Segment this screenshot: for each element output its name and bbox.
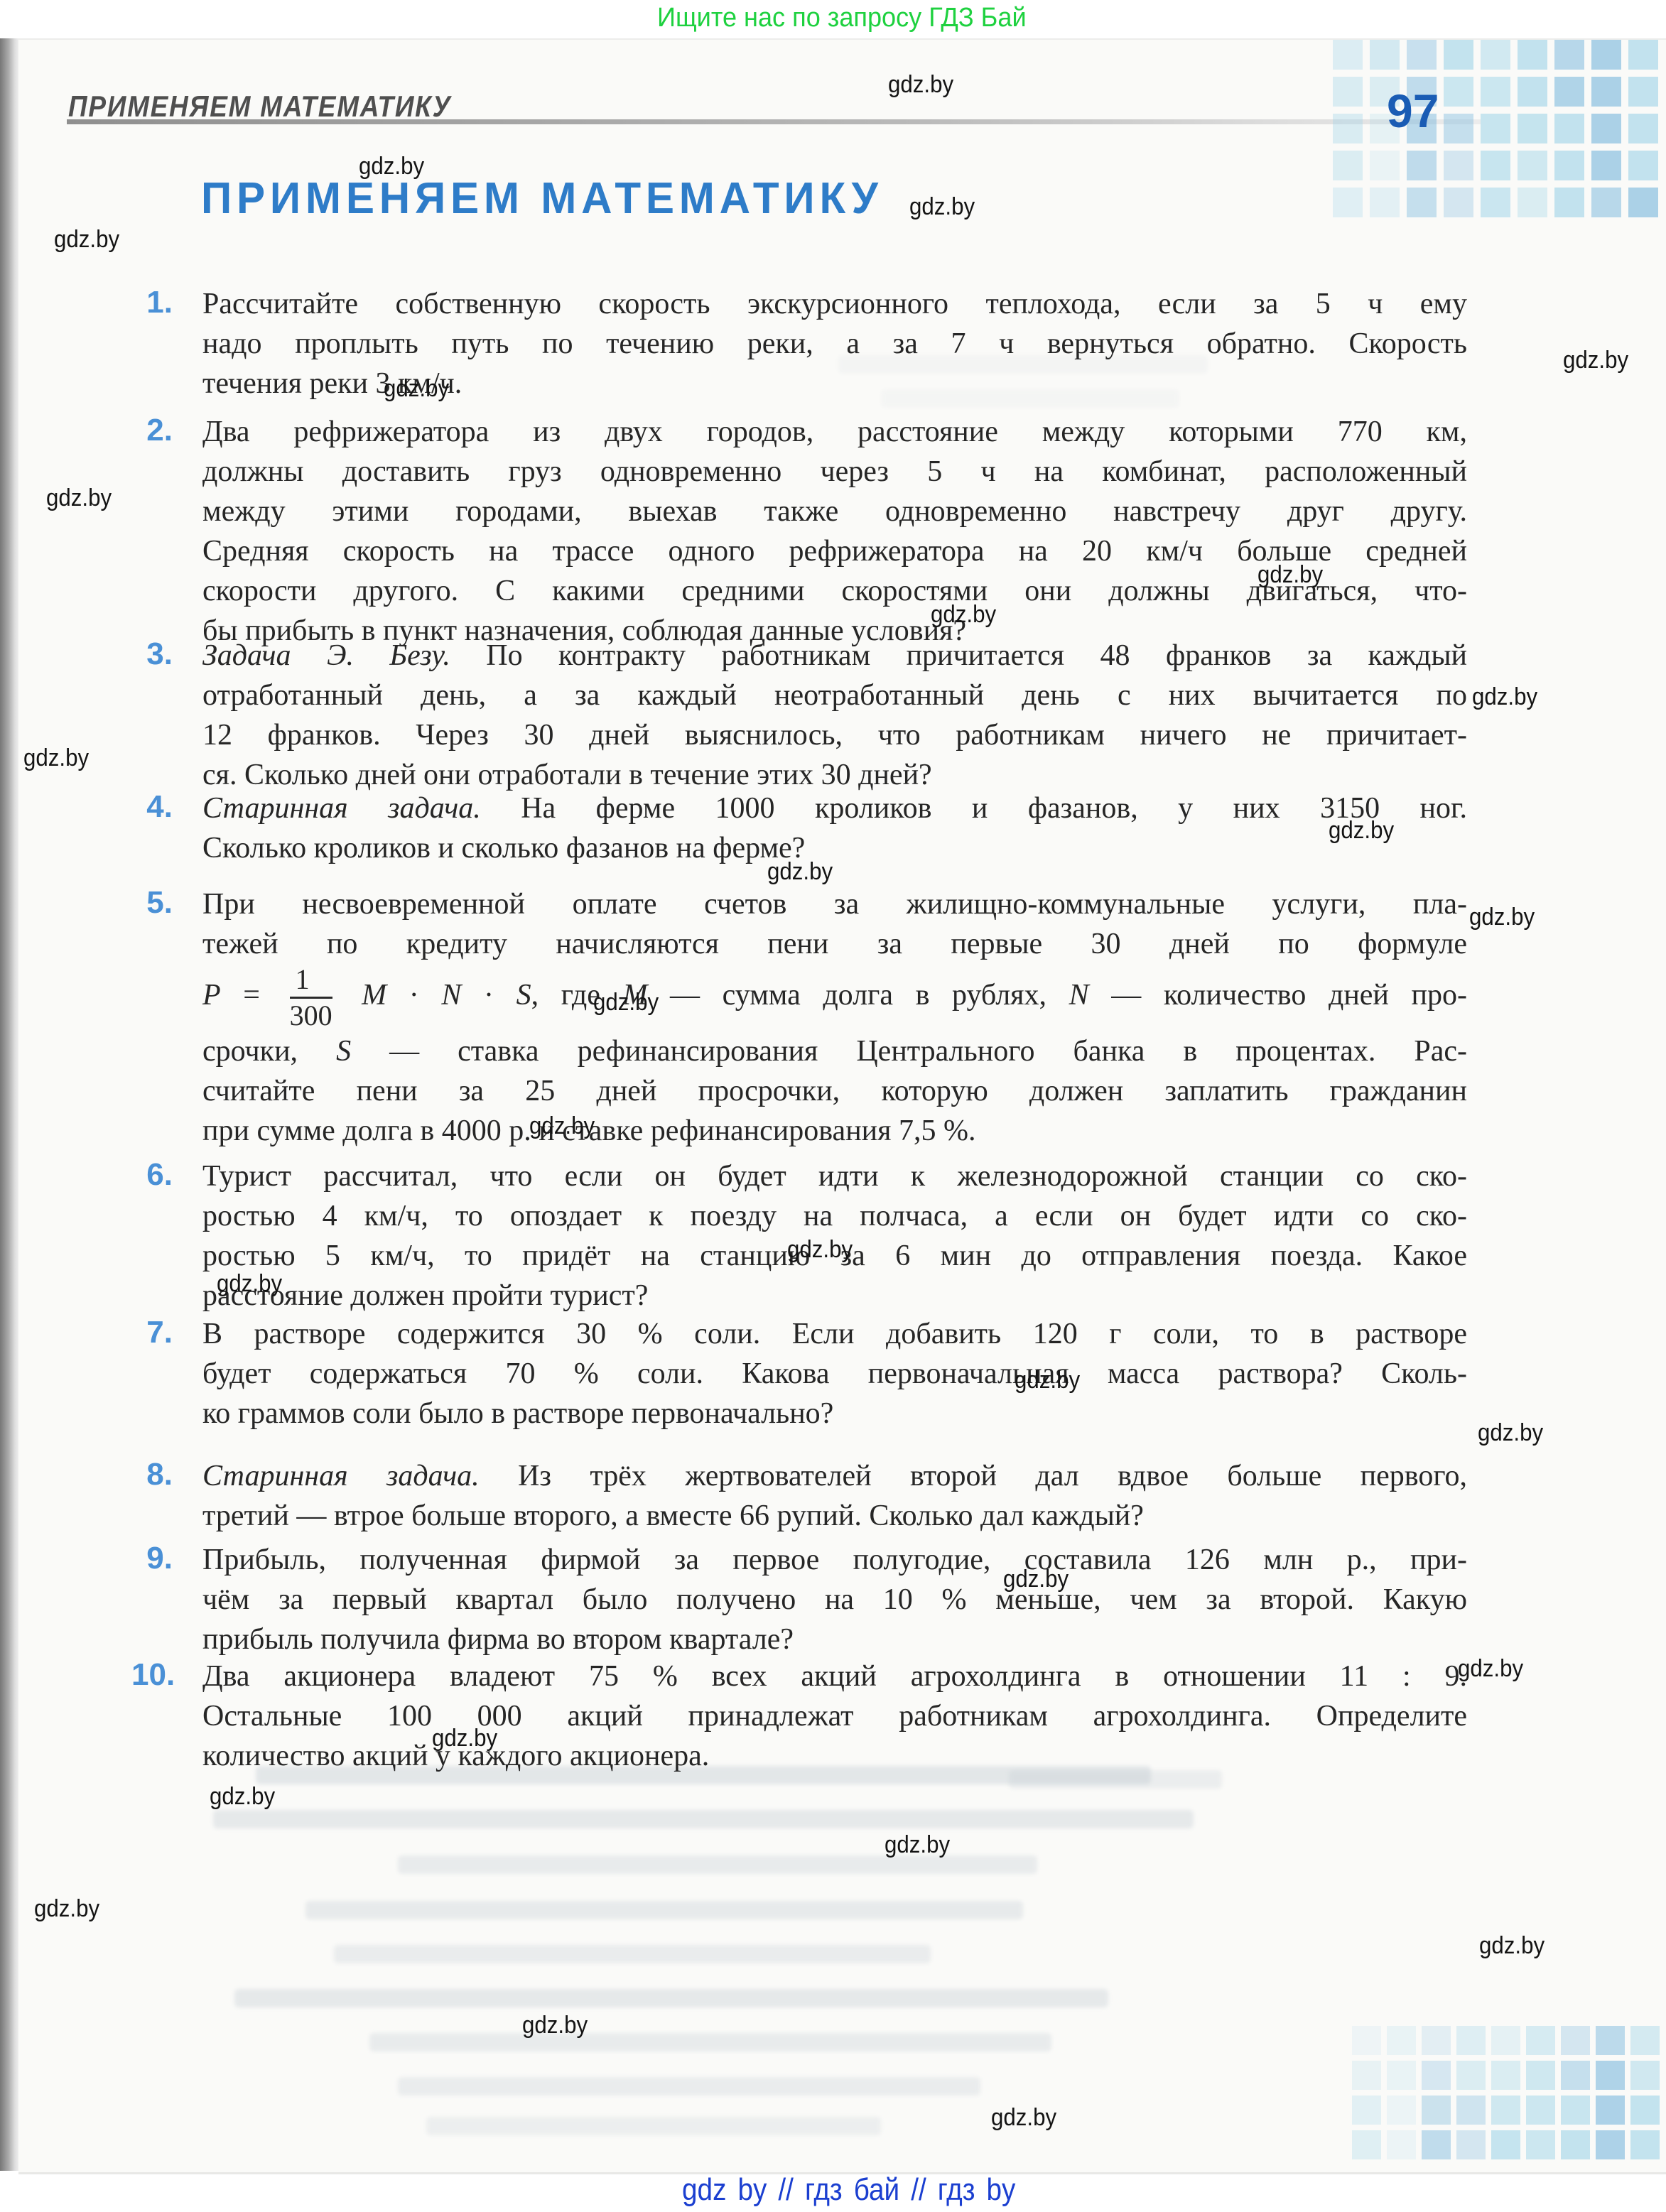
mosaic-square [1491,2061,1520,2090]
watermark-gdz: gdz.by [1478,1419,1543,1447]
mosaic-square [1387,2061,1416,2090]
mosaic-square [1444,40,1473,70]
problem-item: 7.В растворе содержится 30 % соли. Если … [202,1314,1467,1433]
mosaic-square [1591,114,1621,143]
mosaic-square [1596,2096,1625,2125]
mosaic-square [1444,114,1473,143]
mosaic-square [1387,2130,1416,2159]
watermark-gdz: gdz.by [909,193,975,221]
problem-text-line: должны доставить груз одновременно через… [202,452,1467,492]
watermark-gdz: gdz.by [217,1270,282,1298]
mosaic-square [1526,2130,1555,2159]
mosaic-square [1591,151,1621,180]
problem-text-line: прибыль получила фирма во втором квартал… [202,1620,1467,1659]
problem-text-line: надо проплыть путь по течению реки, а за… [202,324,1467,364]
mosaic-square [1526,2061,1555,2090]
problem-number: 4. [131,787,173,827]
mosaic-square [1628,151,1658,180]
mosaic-square [1481,151,1510,180]
mosaic-square [1526,2096,1555,2125]
problem-text-line: при сумме долга в 4000 р. и ставке рефин… [202,1111,1467,1151]
problem-formula-line: P = 1300 M · N · S, где M — сумма долга … [202,964,1467,1031]
watermark-gdz: gdz.by [1563,347,1628,374]
mosaic-square [1444,77,1473,107]
problem-text-line: считайте пени за 25 дней просрочки, кото… [202,1071,1467,1111]
mosaic-square [1387,2026,1416,2055]
mosaic-square [1591,40,1621,70]
mosaic-square [1407,151,1437,180]
mosaic-square [1628,114,1658,143]
problem-text-line: Два акционера владеют 75 % всех акций аг… [202,1657,1467,1696]
mosaic-square [1491,2026,1520,2055]
mosaic-square [1630,2130,1660,2159]
watermark-gdz: gdz.by [359,153,424,180]
mosaic-square [1333,40,1363,70]
mosaic-square [1370,188,1400,217]
watermark-gdz: gdz.by [210,1783,275,1811]
problem-number: 5. [131,883,173,923]
problem-text-line: Два рефрижератора из двух городов, расст… [202,412,1467,452]
problem-text-line: Задача Э. Безу. По контракту работникам … [202,636,1467,676]
mosaic-square [1628,188,1658,217]
mosaic-square [1628,77,1658,107]
problem-text-line: 12 франков. Через 30 дней выяснилось, чт… [202,715,1467,755]
mosaic-square [1591,188,1621,217]
mosaic-square [1561,2061,1590,2090]
mosaic-square [1481,40,1510,70]
problem-number: 10. [131,1655,173,1695]
mosaic-square [1591,77,1621,107]
problem-text-line: отработанный день, а за каждый неотработ… [202,676,1467,715]
mosaic-square [1456,2096,1486,2125]
mosaic-square [1387,2096,1416,2125]
mosaic-square [1554,77,1584,107]
mosaic-square [1422,2026,1451,2055]
mosaic-square [1352,2061,1381,2090]
mosaic-square [1444,188,1473,217]
watermark-gdz: gdz.by [384,375,449,403]
problem-number: 2. [131,411,173,450]
watermark-gdz: gdz.by [888,71,953,99]
mosaic-square [1554,40,1584,70]
mosaic-square [1630,2061,1660,2090]
mosaic-square [1407,188,1437,217]
mosaic-square [1456,2026,1486,2055]
fraction: 1300 [290,964,332,1031]
mosaic-square [1407,40,1437,70]
mosaic-square [1518,40,1547,70]
watermark-gdz: gdz.by [1015,1367,1080,1394]
problem-text-line: Прибыль, полученная фирмой за первое пол… [202,1540,1467,1580]
mosaic-square [1561,2026,1590,2055]
mosaic-square [1352,2130,1381,2159]
watermark-gdz: gdz.by [34,1895,99,1923]
problem-item: 4.Старинная задача. На ферме 1000 кролик… [202,788,1467,868]
mosaic-square [1333,151,1363,180]
watermark-gdz: gdz.by [787,1236,853,1264]
mosaic-square [1370,40,1400,70]
problem-item: 10.Два акционера владеют 75 % всех акций… [202,1657,1467,1776]
problem-text-line: количество акций у каждого акционера. [202,1736,1467,1776]
watermark-gdz: gdz.by [1458,1655,1523,1683]
mosaic-square [1630,2026,1660,2055]
mosaic-square [1422,2096,1451,2125]
mosaic-square [1518,151,1547,180]
problem-text-line: Рассчитайте собственную скорость экскурс… [202,284,1467,324]
page-scan: Ищите нас по запросу ГДЗ Бай ПРИМЕНЯЕМ М… [0,0,1666,2212]
footer-links: gdz by // гдз бай // гдз by [682,2172,1015,2208]
problem-text-line: При несвоевременной оплате счетов за жил… [202,884,1467,924]
problem-number: 7. [131,1313,173,1352]
problem-item: 3.Задача Э. Безу. По контракту работника… [202,636,1467,795]
mosaic-square [1628,40,1658,70]
watermark-gdz: gdz.by [1329,817,1394,845]
watermark-gdz: gdz.by [1479,1932,1545,1960]
mosaic-square [1481,114,1510,143]
watermark-gdz: gdz.by [522,2012,588,2039]
problem-text-line: Турист рассчитал, что если он будет идти… [202,1156,1467,1196]
watermark-gdz: gdz.by [1257,561,1323,589]
problem-item: 8.Старинная задача. Из трёх жертвователе… [202,1456,1467,1536]
watermark-gdz: gdz.by [54,226,119,254]
problem-text-line: срочки, S — ставка рефинансирования Цент… [202,1031,1467,1071]
mosaic-square [1491,2096,1520,2125]
mosaic-square [1561,2096,1590,2125]
page-number: 97 [1387,84,1439,138]
mosaic-decoration-top-right [1333,40,1666,219]
watermark-gdz: gdz.by [593,989,659,1016]
problem-text-line: между этими городами, выехав также однов… [202,492,1467,531]
mosaic-square [1518,114,1547,143]
problem-number: 8. [131,1455,173,1495]
mosaic-square [1444,151,1473,180]
mosaic-square [1422,2130,1451,2159]
mosaic-square [1526,2026,1555,2055]
mosaic-square [1456,2130,1486,2159]
problem-item: 9.Прибыль, полученная фирмой за первое п… [202,1540,1467,1659]
problem-text-line: третий — втрое больше второго, а вместе … [202,1496,1467,1536]
problem-number: 1. [131,283,173,322]
problem-item: 5.При несвоевременной оплате счетов за ж… [202,884,1467,1151]
mosaic-square [1561,2130,1590,2159]
mosaic-square [1456,2061,1486,2090]
problem-text-line: Остальные 100 000 акций принадлежат рабо… [202,1696,1467,1736]
watermark-gdz: gdz.by [23,744,89,772]
watermark-gdz: gdz.by [1472,683,1537,711]
mosaic-square [1596,2061,1625,2090]
problem-number: 6. [131,1155,173,1195]
mosaic-square [1333,188,1363,217]
watermark-gdz: gdz.by [767,858,833,886]
mosaic-square [1554,114,1584,143]
problem-text-line: будет содержаться 70 % соли. Какова перв… [202,1354,1467,1394]
problem-number: 9. [131,1539,173,1578]
mosaic-square [1630,2096,1660,2125]
mosaic-decoration-bottom-right [1352,2026,1666,2168]
problem-text-line: В растворе содержится 30 % соли. Если до… [202,1314,1467,1354]
watermark-gdz: gdz.by [885,1831,950,1859]
problem-number: 3. [131,634,173,674]
mosaic-square [1481,77,1510,107]
watermark-gdz: gdz.by [991,2104,1056,2132]
watermark-gdz: gdz.by [931,601,996,629]
mosaic-square [1422,2061,1451,2090]
mosaic-square [1352,2026,1381,2055]
problem-text-line: Старинная задача. Из трёх жертвователей … [202,1456,1467,1496]
problem-text-line: чём за первый квартал было получено на 1… [202,1580,1467,1620]
problems-list: 1.Рассчитайте собственную скорость экску… [0,0,1666,2212]
mosaic-square [1333,114,1363,143]
watermark-gdz: gdz.by [1003,1566,1069,1593]
mosaic-square [1333,77,1363,107]
mosaic-square [1596,2026,1625,2055]
mosaic-square [1596,2130,1625,2159]
watermark-gdz: gdz.by [529,1112,595,1140]
problem-text-line: Сколько кроликов и сколько фазанов на фе… [202,828,1467,868]
mosaic-square [1518,188,1547,217]
watermark-gdz: gdz.by [432,1725,497,1752]
problem-text-line: тежей по кредиту начисляются пени за пер… [202,924,1467,964]
problem-text-line: расстояние должен пройти турист? [202,1276,1467,1316]
problem-text-line: ко граммов соли было в растворе первонач… [202,1394,1467,1433]
problem-item: 2.Два рефрижератора из двух городов, рас… [202,412,1467,651]
mosaic-square [1491,2130,1520,2159]
mosaic-square [1481,188,1510,217]
problem-text-line: Старинная задача. На ферме 1000 кроликов… [202,788,1467,828]
mosaic-square [1554,188,1584,217]
problem-text-line: ростью 4 км/ч, то опоздает к поезду на п… [202,1196,1467,1236]
mosaic-square [1352,2096,1381,2125]
watermark-gdz: gdz.by [1469,904,1535,931]
mosaic-square [1370,151,1400,180]
mosaic-square [1554,151,1584,180]
mosaic-square [1518,77,1547,107]
watermark-gdz: gdz.by [46,484,112,512]
